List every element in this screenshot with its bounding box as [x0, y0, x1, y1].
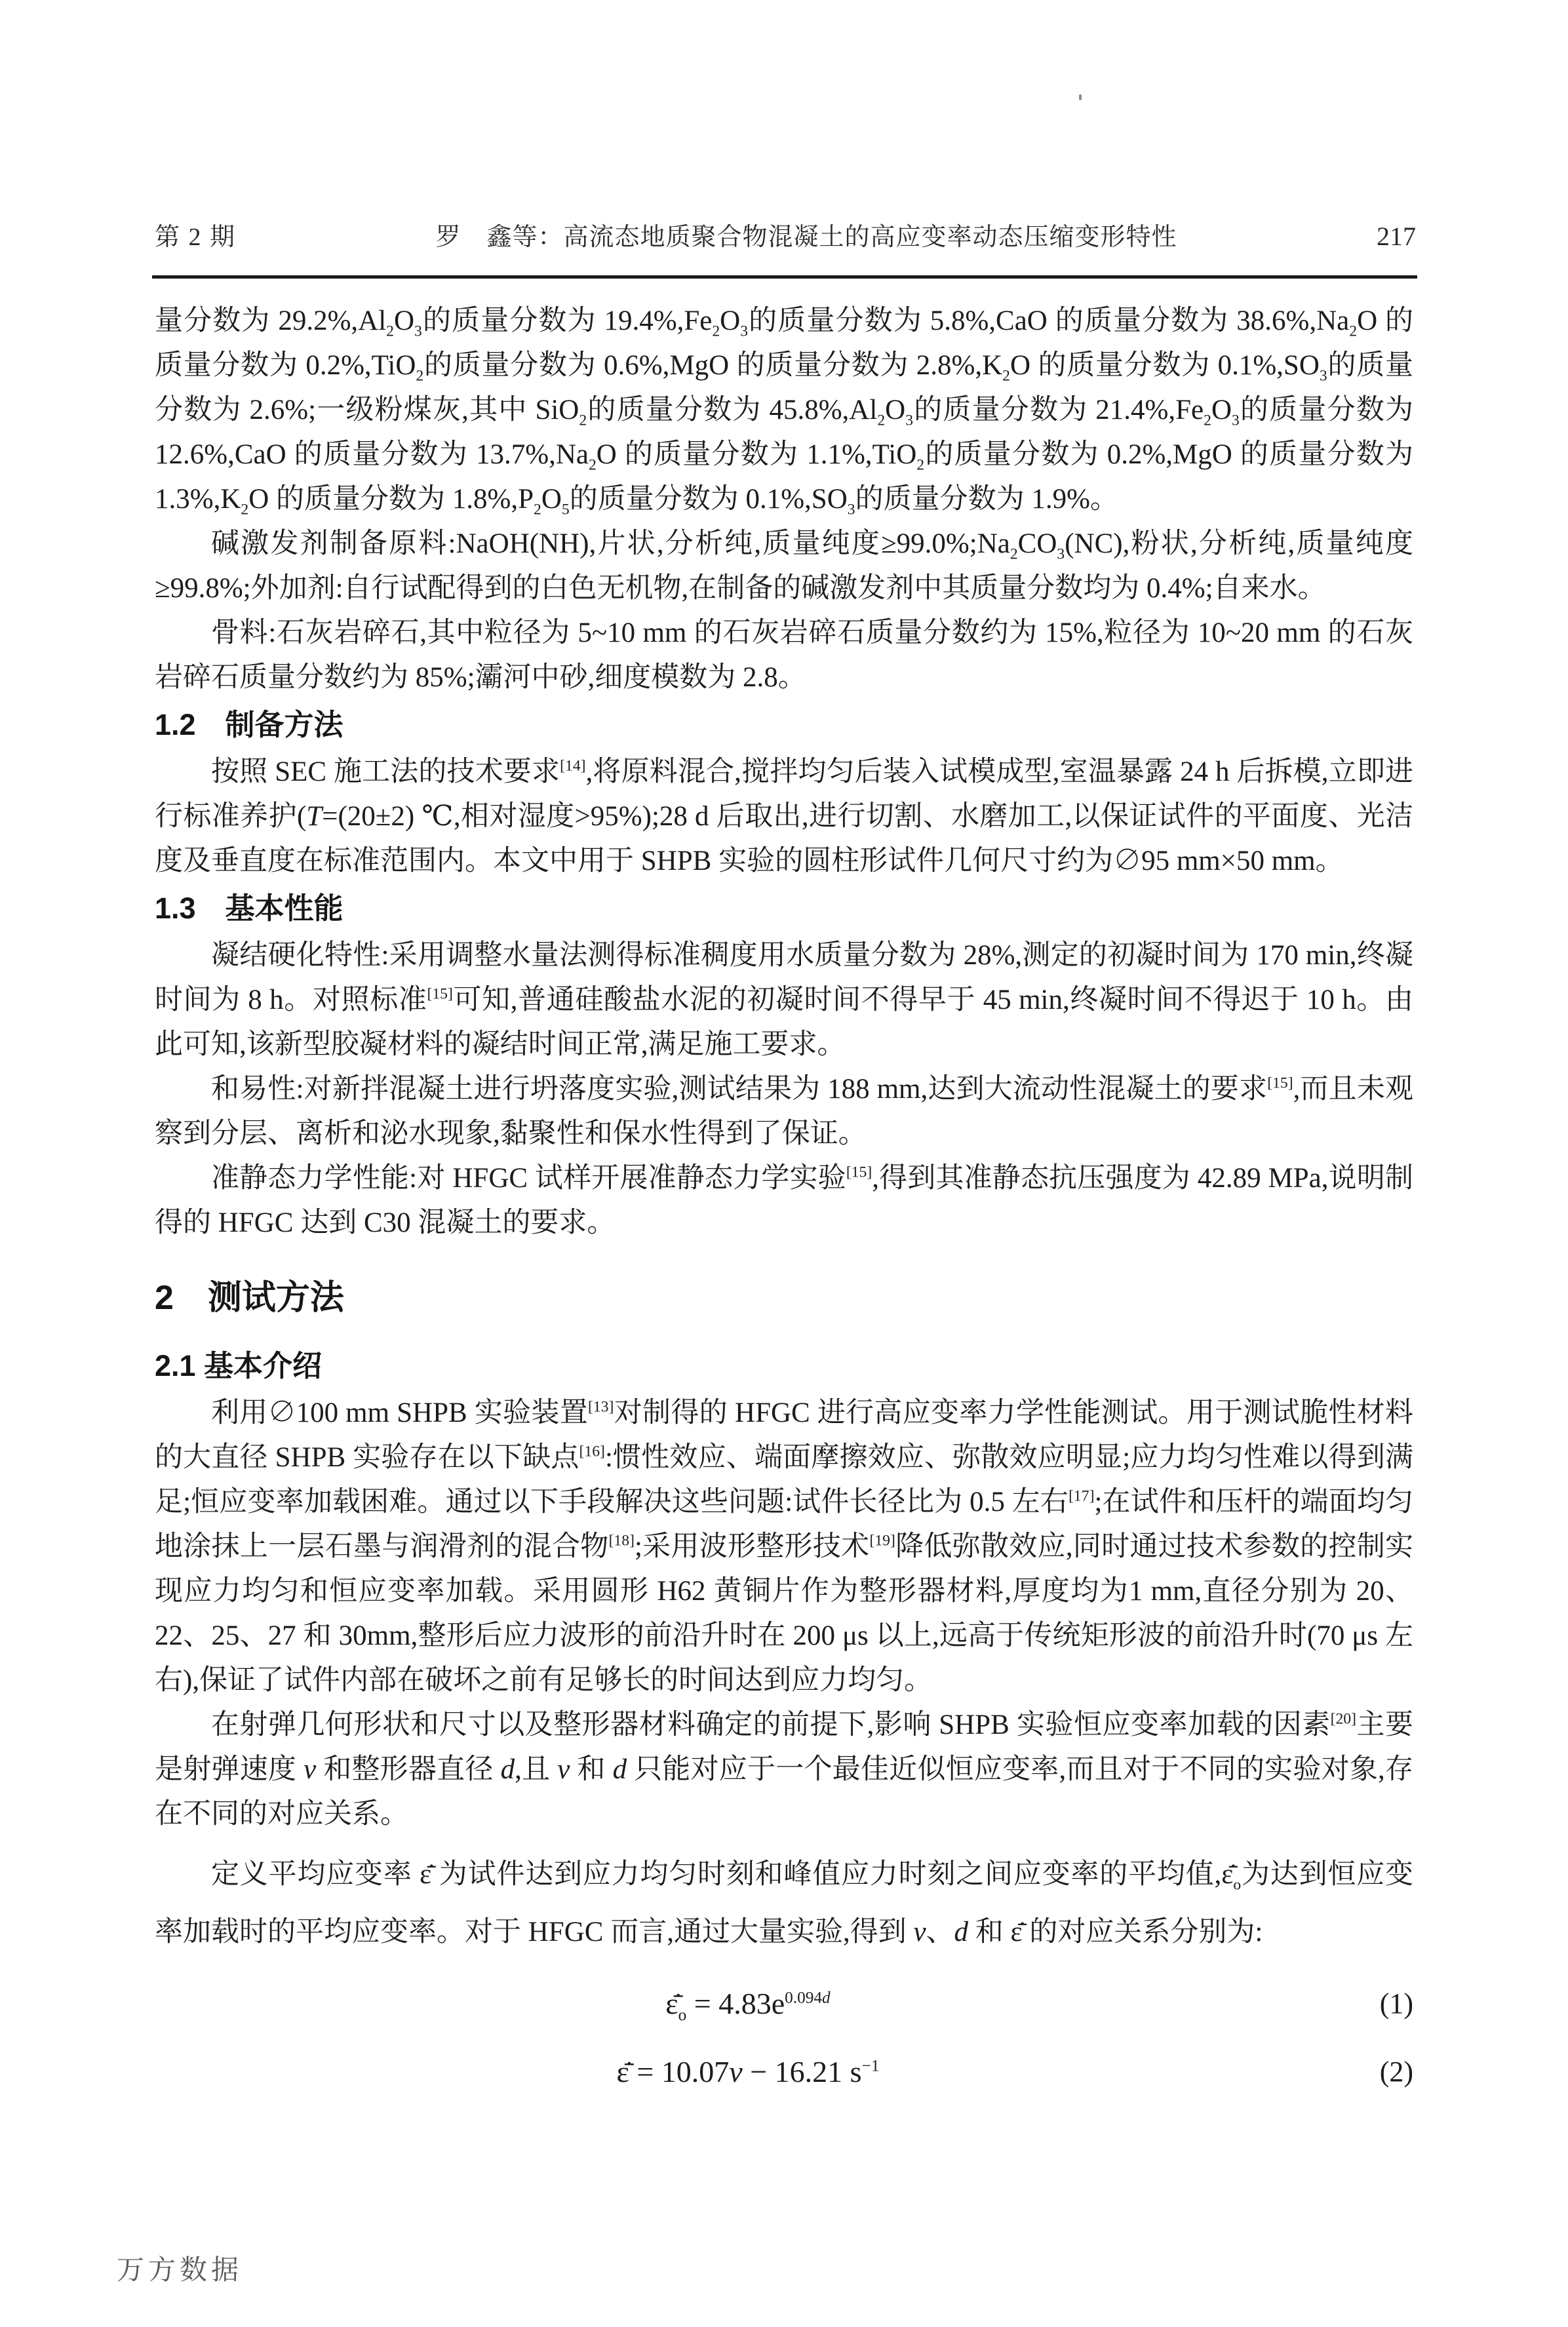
equation-2: ε̇̄ = 10.07v − 16.21 s−1 (2)	[155, 2046, 1413, 2098]
header-divider	[152, 275, 1417, 279]
page-number: 217	[1377, 221, 1416, 252]
paragraph-quasi-static: 准静态力学性能:对 HFGC 试样开展准静态力学实验[15],得到其准静态抗压强…	[155, 1156, 1413, 1245]
scan-artifact-dot	[1079, 94, 1082, 100]
paragraph-workability: 和易性:对新拌混凝土进行坍落度实验,测试结果为 188 mm,达到大流动性混凝土…	[155, 1067, 1413, 1156]
section-heading-2-1: 2.1 基本介绍	[155, 1348, 1413, 1384]
page-body: 量分数为 29.2%,Al2O3的质量分数为 19.4%,Fe2O3的质量分数为…	[155, 299, 1413, 2098]
paragraph-projectile-factors: 在射弹几何形状和尺寸以及整形器材料确定的前提下,影响 SHPB 实验恒应变率加载…	[155, 1703, 1413, 1837]
paragraph-oxide-composition: 量分数为 29.2%,Al2O3的质量分数为 19.4%,Fe2O3的质量分数为…	[155, 299, 1413, 522]
paragraph-setting-hardening: 凝结硬化特性:采用调整水量法测得标准稠度用水质量分数为 28%,测定的初凝时间为…	[155, 933, 1413, 1067]
paragraph-shpb-setup: 利用∅100 mm SHPB 实验装置[13]对制得的 HFGC 进行高应变率力…	[155, 1391, 1413, 1703]
journal-issue: 第 2 期	[155, 216, 236, 252]
equation-1: ε̇̄o = 4.83e0.094d (1)	[155, 1978, 1413, 2029]
paragraph-aggregate: 骨料:石灰岩碎石,其中粒径为 5~10 mm 的石灰岩碎石质量分数约为 15%,…	[155, 611, 1413, 700]
equation-2-number: (2)	[1341, 2050, 1413, 2094]
paragraph-preparation-method: 按照 SEC 施工法的技术要求[14],将原料混合,搅拌均匀后装入试模成型,室温…	[155, 750, 1413, 884]
journal-page: 第 2 期 罗 鑫等：高流态地质聚合物混凝土的高应变率动态压缩变形特性 217 …	[0, 0, 1568, 2327]
equation-1-expression: ε̇̄o = 4.83e0.094d	[155, 1982, 1341, 2026]
paragraph-strain-rate-definition: 定义平均应变率 ε̇̄ 为试件达到应力均匀时刻和峰值应力时刻之间应变率的平均值,…	[155, 1846, 1413, 1961]
wanfang-watermark: 万方数据	[117, 2248, 243, 2288]
running-head: 第 2 期 罗 鑫等：高流态地质聚合物混凝土的高应变率动态压缩变形特性 217	[155, 216, 1416, 252]
equation-2-expression: ε̇̄ = 10.07v − 16.21 s−1	[155, 2050, 1341, 2094]
section-heading-1-3: 1.3 基本性能	[155, 890, 1413, 927]
paragraph-alkali-activator: 碱激发剂制备原料:NaOH(NH),片状,分析纯,质量纯度≥99.0%;Na2C…	[155, 522, 1413, 611]
equation-1-number: (1)	[1341, 1982, 1413, 2026]
section-heading-1-2: 1.2 制备方法	[155, 707, 1413, 743]
section-heading-2: 2 测试方法	[155, 1277, 1413, 1319]
running-title: 罗 鑫等：高流态地质聚合物混凝土的高应变率动态压缩变形特性	[236, 216, 1377, 252]
